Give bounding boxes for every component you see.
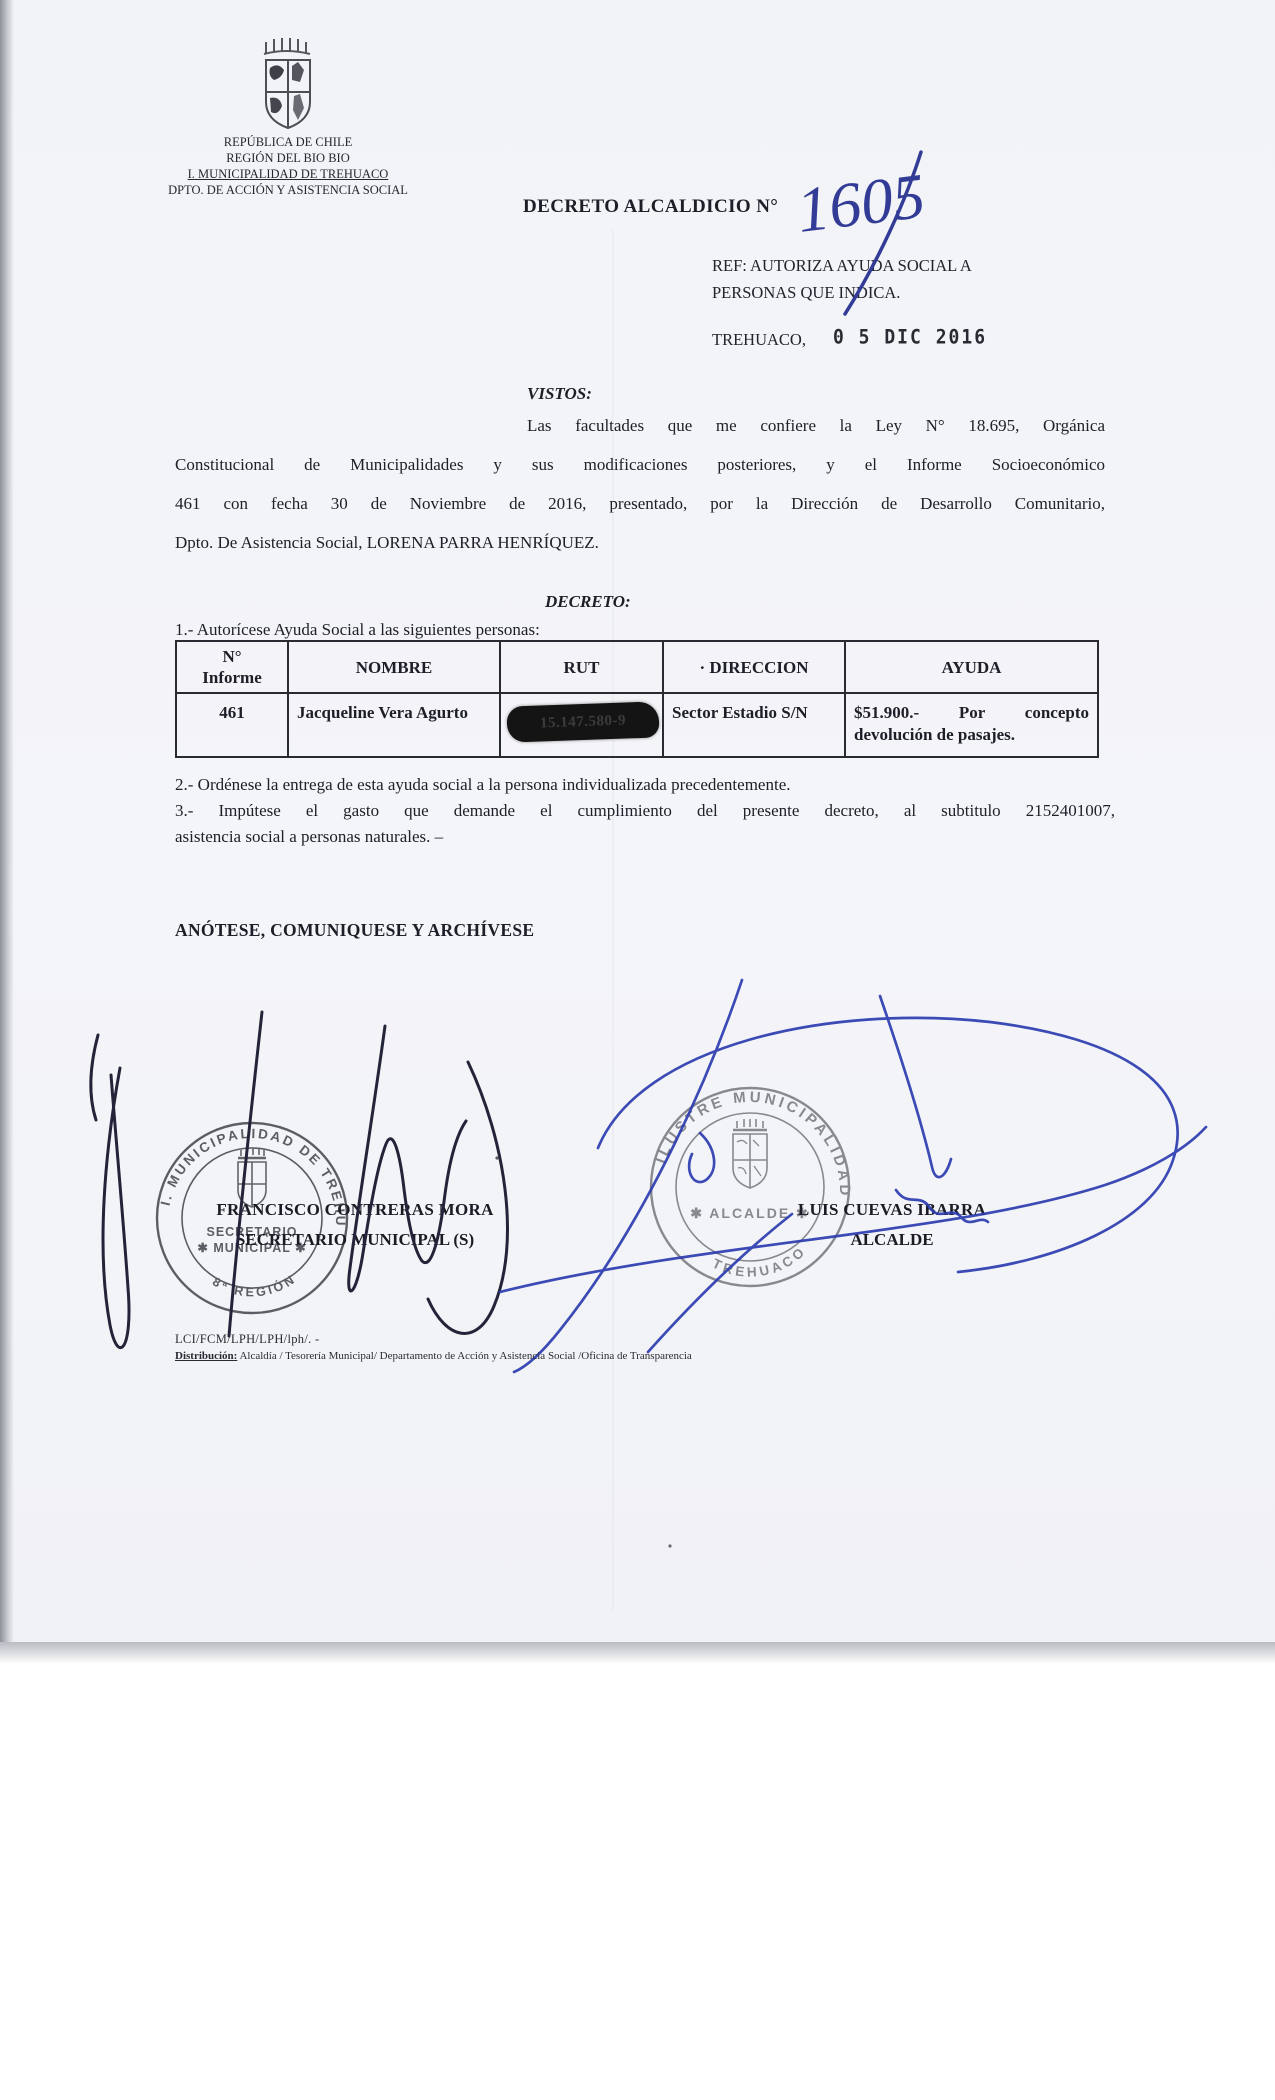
col-header-direccion: · DIRECCION [663,641,845,693]
stamp-bottom-text: 8ª REGIÓN [210,1272,299,1300]
decree-title: DECRETO ALCALDICIO N° [523,196,778,218]
aid-table-wrap: N° Informe NOMBRE RUT · DIRECCION AYUDA … [175,640,1099,758]
reference-block: REF: AUTORIZA AYUDA SOCIAL A PERSONAS QU… [712,252,972,306]
vistos-heading: VISTOS: [527,384,592,404]
footer-initials: LCI/FCM/LPH/LPH/lph/. - [175,1332,319,1347]
decreto-item-3: 3.- Impútese el gasto que demande el cum… [175,798,1115,850]
cell-direccion: Sector Estadio S/N [663,693,845,757]
distribution-label: Distribución: [175,1350,237,1362]
place-label: TREHUACO, [712,330,806,350]
decreto-item-3-line1: 3.- Impútese el gasto que demande el cum… [175,798,1115,824]
svg-text:8ª REGIÓN: 8ª REGIÓN [210,1272,299,1300]
col-header-ayuda: AYUDA [845,641,1098,693]
reference-line-2: PERSONAS QUE INDICA. [712,279,972,306]
vistos-line: Las facultades que me confiere la Ley N°… [527,406,1105,445]
col-header-informe: N° Informe [176,641,288,693]
distribution-text: Alcaldía / Tesorería Municipal/ Departam… [237,1350,691,1362]
svg-text:ILUSTRE MUNICIPALIDAD: ILUSTRE MUNICIPALIDAD [652,1089,853,1199]
stamp-crest-icon [733,1119,767,1188]
col-header-rut: RUT [500,641,663,693]
chile-coat-of-arms-icon [252,36,324,138]
closing-order: ANÓTESE, COMUNIQUESE Y ARCHÍVESE [175,920,534,941]
letterhead-region: REGIÓN DEL BIO BIO [128,150,448,166]
cell-rut: 15.147.580-9 [500,693,663,757]
scanner-edge-shadow [0,0,14,1652]
cell-informe: 461 [176,693,288,757]
left-signer-title: SECRETARIO MUNICIPAL (S) [205,1230,505,1250]
footer-distribution: Distribución: Alcaldía / Tesorería Munic… [175,1350,692,1362]
alcalde-stamp: ILUSTRE MUNICIPALIDAD TREHUACO ✱ ALCALDE… [645,1082,855,1292]
reference-line-1: REF: AUTORIZA AYUDA SOCIAL A [712,252,972,279]
date-stamp: 0 5 DIC 2016 [833,326,987,349]
stamp-outer-text: ILUSTRE MUNICIPALIDAD [652,1089,853,1199]
document-scan: REPÚBLICA DE CHILE REGIÓN DEL BIO BIO I.… [0,0,1275,2100]
letterhead-department: DPTO. DE ACCIÓN Y ASISTENCIA SOCIAL [128,182,448,198]
col-header-nombre: NOMBRE [288,641,500,693]
table-row: 461 Jacqueline Vera Agurto 15.147.580-9 … [176,693,1098,757]
rut-redaction-marker: 15.147.580-9 [506,701,659,742]
left-signer-name: FRANCISCO CONTRERAS MORA [205,1200,505,1220]
cell-ayuda: $51.900.- Por concepto devolución de pas… [845,693,1098,757]
vistos-line: Constitucional de Municipalidades y sus … [175,445,1105,484]
letterhead-municipality: I. MUNICIPALIDAD DE TREHUACO [128,166,448,182]
vistos-paragraph: Las facultades que me confiere la Ley N°… [175,406,1105,562]
rut-value: 15.147.580-9 [540,710,627,735]
right-signer-title: ALCALDE [742,1230,1042,1250]
aid-table: N° Informe NOMBRE RUT · DIRECCION AYUDA … [175,640,1099,758]
stamp-crest-icon [238,1148,266,1207]
right-signer-name: LUIS CUEVAS IBARRA [742,1200,1042,1220]
letterhead-country: REPÚBLICA DE CHILE [128,134,448,150]
rut-redaction-wrap: 15.147.580-9 [509,698,654,752]
vistos-line: Dpto. De Asistencia Social, LORENA PARRA… [175,523,1105,562]
table-header-row: N° Informe NOMBRE RUT · DIRECCION AYUDA [176,641,1098,693]
paper-bottom-shadow [0,1642,1275,1664]
vistos-line: 461 con fecha 30 de Noviembre de 2016, p… [175,484,1105,523]
decreto-item-3-line2: asistencia social a personas naturales. … [175,824,1115,850]
letterhead: REPÚBLICA DE CHILE REGIÓN DEL BIO BIO I.… [128,134,448,198]
cell-nombre: Jacqueline Vera Agurto [288,693,500,757]
decreto-heading: DECRETO: [545,592,631,612]
decreto-item-2: 2.- Ordénese la entrega de esta ayuda so… [175,772,1115,798]
